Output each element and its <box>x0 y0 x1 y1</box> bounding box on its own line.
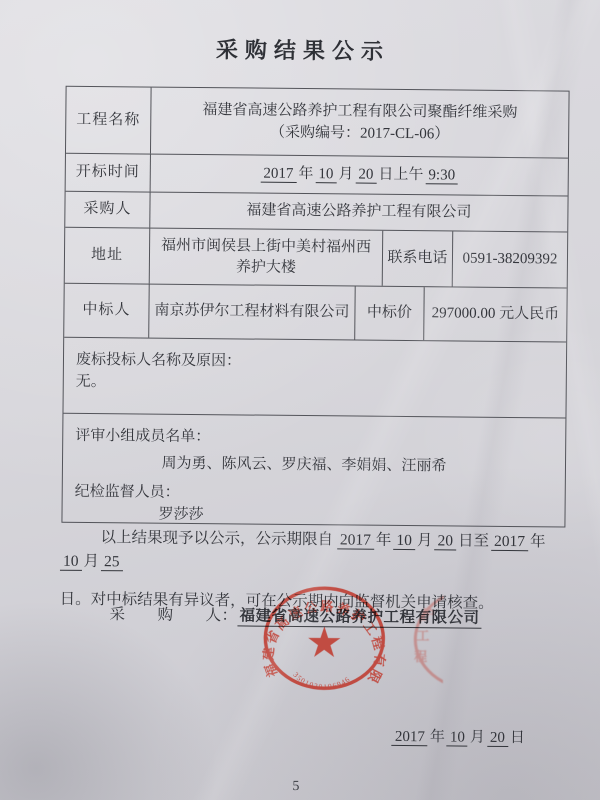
review-members: 周为勇、陈风云、罗庆福、李娟娟、汪丽希 <box>75 453 533 478</box>
seal-fragment-char2: 工 <box>416 628 429 643</box>
date-year: 2017 <box>392 729 428 746</box>
price-value: 297000.00 元人民币 <box>424 287 567 341</box>
date-month-unit: 月 <box>468 730 487 746</box>
open-time-clock: 9:30 <box>425 168 458 185</box>
notice-year-unit2: 年 <box>528 533 548 550</box>
page-title: 采购结果公示 <box>3 31 600 68</box>
purchaser-label: 采购人 <box>65 192 150 228</box>
seal-fragment-char3: 程 <box>414 649 427 664</box>
rejected-heading: 废标投标人名称及原因： <box>76 350 554 375</box>
phone-label: 联系电话 <box>383 231 454 287</box>
address-value: 福州市闽侯县上街中美村福州西养护大楼 <box>150 229 384 286</box>
table-row-purchaser: 采购人 福建省高速公路养护工程有限公司 <box>65 192 567 233</box>
review-heading: 评审小组成员名单： <box>75 426 553 451</box>
open-time-text: 2017年10月20日上午9:30 <box>260 164 458 186</box>
project-name-label: 工程名称 <box>66 87 152 154</box>
notice-year-unit1: 年 <box>374 532 394 549</box>
notice-month-unit1: 月 <box>415 532 435 549</box>
date-day-unit: 日 <box>508 730 527 746</box>
open-time-value: 2017年10月20日上午9:30 <box>151 155 568 196</box>
rejected-value: 无。 <box>76 372 554 397</box>
document-sheet: 采购结果公示 工程名称 福建省高速公路养护工程有限公司聚酯纤维采购 （采购编号：… <box>0 0 600 800</box>
notice-to-month: 10 <box>60 553 82 571</box>
notice-to-text: 日至 <box>456 533 491 550</box>
project-code-line2: （采购编号：2017-CL-06） <box>270 122 449 146</box>
open-time-month: 10 <box>315 167 336 184</box>
date-year-unit: 年 <box>428 729 447 745</box>
seal-serial-text: 3501020196946 <box>291 670 352 691</box>
seal-star-icon: ★ <box>305 621 343 667</box>
notice-from-year: 2017 <box>337 531 374 549</box>
table-row-address: 地址 福州市闽侯县上街中美村福州西养护大楼 联系电话 0591-38209392 <box>65 228 568 289</box>
address-label: 地址 <box>65 228 151 284</box>
date-month: 10 <box>447 729 468 746</box>
faint-second-seal-fragment: 护 工 程 <box>403 593 444 685</box>
result-table: 工程名称 福建省高速公路养护工程有限公司聚酯纤维采购 （采购编号：2017-CL… <box>61 86 569 528</box>
table-row-project: 工程名称 福建省高速公路养护工程有限公司聚酯纤维采购 （采购编号：2017-CL… <box>66 87 569 159</box>
project-name-value: 福建省高速公路养护工程有限公司聚酯纤维采购 （采购编号：2017-CL-06） <box>151 88 569 158</box>
date-day: 20 <box>487 730 508 747</box>
notice-to-day: 25 <box>101 553 123 571</box>
photographed-document: 采购结果公示 工程名称 福建省高速公路养护工程有限公司聚酯纤维采购 （采购编号：… <box>0 0 600 800</box>
winner-value: 南京苏伊尔工程材料有限公司 <box>149 285 355 340</box>
open-time-year-unit: 年 <box>296 166 315 182</box>
table-row-review: 评审小组成员名单： 周为勇、陈风云、罗庆福、李娟娟、汪丽希 纪检监督人员： 罗莎… <box>62 414 565 527</box>
company-seal-stamp: 福建省高速公路养护工程有限公司 3501020196946 ★ <box>244 569 405 707</box>
open-time-month-unit: 月 <box>336 167 355 183</box>
supervisor-heading: 纪检监督人员： <box>75 481 553 506</box>
open-time-year: 2017 <box>260 166 296 183</box>
notice-month-unit2: 月 <box>81 553 101 570</box>
winner-label: 中标人 <box>64 284 150 338</box>
open-time-label: 开标时间 <box>66 154 151 192</box>
notice-from-day: 20 <box>434 532 456 550</box>
table-row-winner: 中标人 南京苏伊尔工程材料有限公司 中标价 297000.00 元人民币 <box>64 284 566 343</box>
seal-fragment-char1: 护 <box>421 607 434 622</box>
review-cell: 评审小组成员名单： 周为勇、陈风云、罗庆福、李娟娟、汪丽希 纪检监督人员： 罗莎… <box>62 414 565 527</box>
date-line: 2017年10月20日 <box>374 725 544 748</box>
signature-label: 采 购 人： <box>109 606 237 624</box>
table-row-rejected: 废标投标人名称及原因： 无。 <box>63 338 566 419</box>
open-time-day: 20 <box>355 167 376 184</box>
price-label: 中标价 <box>355 287 425 341</box>
supervisor-name: 罗莎莎 <box>158 504 552 528</box>
notice-to-year: 2017 <box>491 533 528 551</box>
project-name-line1: 福建省高速公路养护工程有限公司聚酯纤维采购 <box>202 99 517 124</box>
rejected-cell: 废标投标人名称及原因： 无。 <box>63 338 566 418</box>
notice-from-month: 10 <box>393 532 415 550</box>
page-number: 5 <box>0 776 596 798</box>
table-row-open-time: 开标时间 2017年10月20日上午9:30 <box>66 154 568 197</box>
phone-value: 0591-38209392 <box>453 231 568 287</box>
notice-pre: 以上结果现予以公示，公示期限自 <box>101 529 334 548</box>
open-time-day-suffix: 日上午 <box>376 167 425 183</box>
purchaser-value: 福建省高速公路养护工程有限公司 <box>150 193 567 232</box>
